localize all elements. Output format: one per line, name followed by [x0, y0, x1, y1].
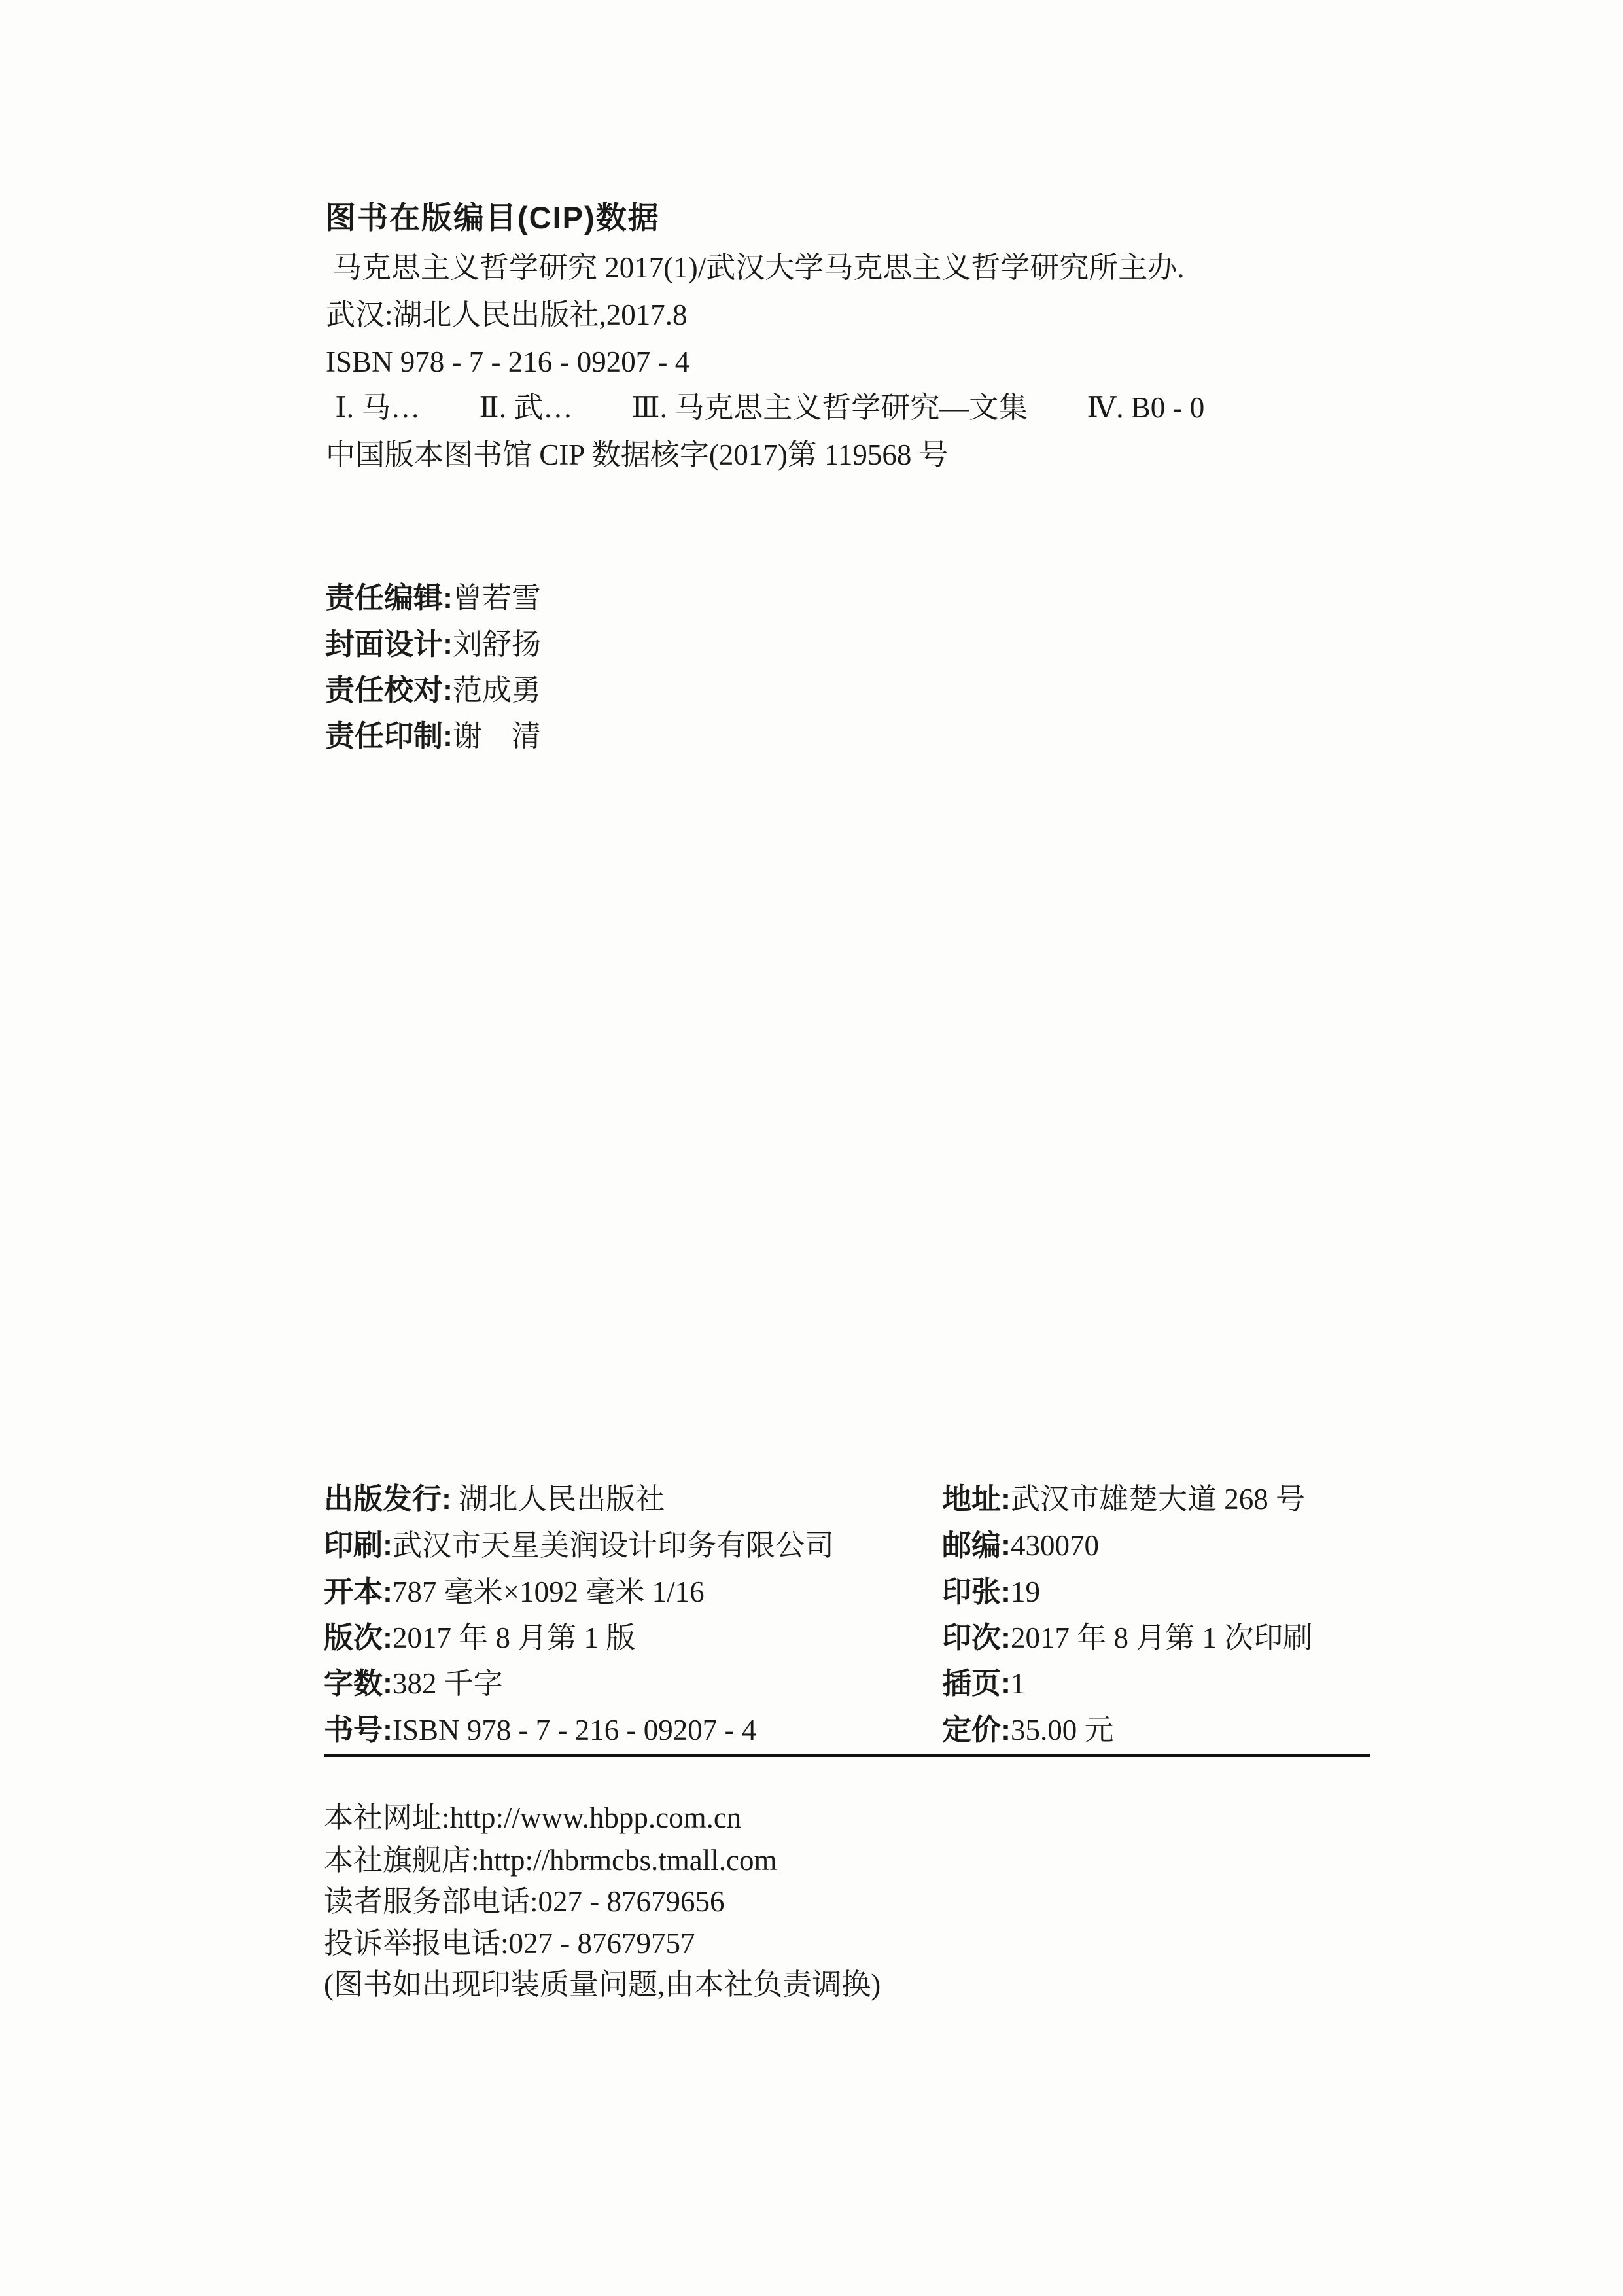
cip-isbn-line: ISBN 978 - 7 - 216 - 09207 - 4	[326, 347, 689, 377]
colophon-label: 版次:	[324, 1621, 393, 1654]
cip-description-line: 马克思主义哲学研究 2017(1)/武汉大学马克思主义哲学研究所主办.	[332, 253, 1184, 283]
contact-row-service-phone: 读者服务部电话:027 - 87679656	[324, 1887, 725, 1916]
colophon-row-inserts: 插页:1	[942, 1669, 1026, 1699]
staff-label: 责任编辑:	[325, 581, 453, 614]
staff-value: 谢 清	[453, 720, 541, 752]
cip-heading: 图书在版编目(CIP)数据	[325, 202, 660, 233]
colophon-row-sheets: 印张:19	[942, 1577, 1040, 1607]
staff-row-print-supervisor: 责任印制:谢 清	[325, 721, 541, 751]
colophon-row-impression: 印次:2017 年 8 月第 1 次印刷	[942, 1623, 1312, 1653]
contact-label: 读者服务部电话:	[324, 1885, 538, 1918]
quality-note: (图书如出现印装质量问题,由本社负责调换)	[324, 1970, 881, 2000]
colophon-value: 430070	[1011, 1529, 1099, 1562]
copyright-page: 图书在版编目(CIP)数据 马克思主义哲学研究 2017(1)/武汉大学马克思主…	[0, 0, 1623, 2296]
website-url: http://www.hbpp.com.cn	[450, 1801, 742, 1834]
colophon-value: 湖北人民出版社	[451, 1483, 665, 1515]
colophon-row-format: 开本:787 毫米×1092 毫米 1/16	[324, 1577, 705, 1607]
colophon-value: 382 千字	[393, 1667, 503, 1700]
colophon-row-postcode: 邮编:430070	[942, 1530, 1099, 1561]
staff-value: 范成勇	[453, 674, 541, 707]
colophon-value: 武汉市雄楚大道 268 号	[1011, 1483, 1305, 1515]
colophon-label: 地址:	[942, 1482, 1011, 1515]
colophon-row-price: 定价:35.00 元	[942, 1715, 1114, 1745]
contact-label: 本社网址:	[324, 1801, 450, 1834]
staff-row-cover-design: 封面设计:刘舒扬	[325, 629, 541, 660]
colophon-label: 印刷:	[324, 1528, 393, 1562]
colophon-value: 787 毫米×1092 毫米 1/16	[393, 1576, 705, 1608]
colophon-row-publisher: 出版发行: 湖北人民出版社	[324, 1484, 665, 1514]
staff-row-editor: 责任编辑:曾若雪	[325, 583, 541, 613]
cip-record-line: 中国版本图书馆 CIP 数据核字(2017)第 119568 号	[326, 440, 949, 470]
colophon-row-edition: 版次:2017 年 8 月第 1 版	[324, 1623, 635, 1653]
cip-classification-line: Ⅰ. 马… Ⅱ. 武… Ⅲ. 马克思主义哲学研究—文集 Ⅳ. B0 - 0	[335, 393, 1204, 423]
service-phone-number: 027 - 87679656	[538, 1885, 725, 1918]
colophon-label: 插页:	[942, 1667, 1011, 1700]
colophon-value: 武汉市天星美润设计印务有限公司	[393, 1529, 834, 1562]
colophon-row-address: 地址:武汉市雄楚大道 268 号	[942, 1484, 1305, 1514]
staff-value: 曾若雪	[453, 582, 541, 614]
complaint-phone-number: 027 - 87679757	[509, 1927, 695, 1960]
contact-row-website: 本社网址:http://www.hbpp.com.cn	[324, 1803, 741, 1833]
staff-value: 刘舒扬	[453, 628, 541, 661]
colophon-value: 35.00 元	[1011, 1714, 1114, 1746]
colophon-value: 19	[1011, 1576, 1040, 1608]
contact-row-complaint-phone: 投诉举报电话:027 - 87679757	[324, 1929, 695, 1958]
contact-row-store: 本社旗舰店:http://hbrmcbs.tmall.com	[324, 1846, 777, 1875]
colophon-label: 书号:	[324, 1713, 393, 1746]
colophon-label: 开本:	[324, 1575, 393, 1608]
colophon-label: 邮编:	[942, 1528, 1011, 1562]
divider-rule	[324, 1754, 1370, 1757]
colophon-label: 印次:	[942, 1621, 1011, 1654]
colophon-label: 定价:	[942, 1713, 1011, 1746]
colophon-value: ISBN 978 - 7 - 216 - 09207 - 4	[393, 1714, 756, 1746]
colophon-row-printer: 印刷:武汉市天星美润设计印务有限公司	[324, 1530, 834, 1561]
colophon-value: 2017 年 8 月第 1 次印刷	[1011, 1621, 1312, 1654]
colophon-label: 印张:	[942, 1575, 1011, 1608]
colophon-row-wordcount: 字数:382 千字	[324, 1669, 503, 1699]
colophon-label: 字数:	[324, 1667, 393, 1700]
staff-row-proofreader: 责任校对:范成勇	[325, 675, 541, 705]
colophon-row-isbn: 书号:ISBN 978 - 7 - 216 - 09207 - 4	[324, 1715, 756, 1745]
contact-label: 投诉举报电话:	[324, 1927, 509, 1960]
colophon-value: 1	[1011, 1667, 1026, 1700]
staff-label: 封面设计:	[325, 627, 453, 661]
colophon-value: 2017 年 8 月第 1 版	[393, 1621, 635, 1654]
cip-publisher-line: 武汉:湖北人民出版社,2017.8	[326, 300, 688, 330]
colophon-label: 出版发行:	[324, 1482, 451, 1515]
staff-label: 责任印制:	[325, 719, 453, 752]
staff-label: 责任校对:	[325, 673, 453, 707]
contact-label: 本社旗舰店:	[324, 1844, 480, 1877]
store-url: http://hbrmcbs.tmall.com	[480, 1844, 777, 1877]
